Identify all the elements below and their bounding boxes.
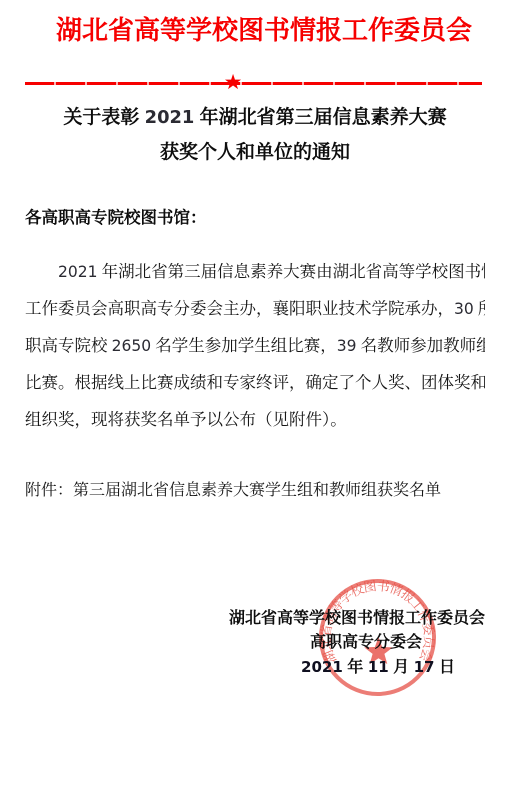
signature-block: 湖北省高等学校图书情报工作委员会 高职高专分委会 2021 年 11 月 17 … bbox=[226, 607, 488, 680]
divider-star-icon: ★ bbox=[221, 71, 245, 95]
signature-date: 2021 年 11 月 17 日 bbox=[247, 655, 509, 680]
notice-title-line-2: 获奖个人和单位的通知 bbox=[25, 135, 485, 170]
body-line: 比赛。根据线上比赛成绩和专家终评，确定了个人奖、团体奖和优秀 bbox=[25, 364, 485, 401]
body-line: 工作委员会高职高专分委会主办，襄阳职业技术学院承办，30 所高 bbox=[25, 290, 485, 327]
notice-document-page: 湖北省高等学校图书情报工作委员会 ★ 关于表彰 2021 年湖北省第三届信息素养… bbox=[0, 0, 528, 799]
body-line: 组织奖，现将获奖名单予以公布（见附件）。 bbox=[25, 401, 485, 438]
attachment-note: 附件：第三届湖北省信息素养大赛学生组和教师组获奖名单 bbox=[25, 479, 441, 503]
salutation: 各高职高专院校图书馆： bbox=[25, 206, 207, 230]
signature-branch-line: 高职高专分委会 bbox=[235, 631, 497, 655]
body-line: 2021 年湖北省第三届信息素养大赛由湖北省高等学校图书情报 bbox=[25, 253, 485, 290]
letterhead-org-title: 湖北省高等学校图书情报工作委员会 bbox=[0, 13, 528, 49]
red-divider-line bbox=[25, 82, 482, 85]
notice-title-line-1: 关于表彰 2021 年湖北省第三届信息素养大赛 bbox=[25, 100, 485, 135]
body-paragraph: 2021 年湖北省第三届信息素养大赛由湖北省高等学校图书情报 工作委员会高职高专… bbox=[25, 253, 485, 438]
signature-org-line: 湖北省高等学校图书情报工作委员会 bbox=[226, 607, 488, 631]
body-line: 职高专院校 2650 名学生参加学生组比赛，39 名教师参加教师组微课 bbox=[25, 327, 485, 364]
notice-title: 关于表彰 2021 年湖北省第三届信息素养大赛 获奖个人和单位的通知 bbox=[25, 100, 485, 170]
